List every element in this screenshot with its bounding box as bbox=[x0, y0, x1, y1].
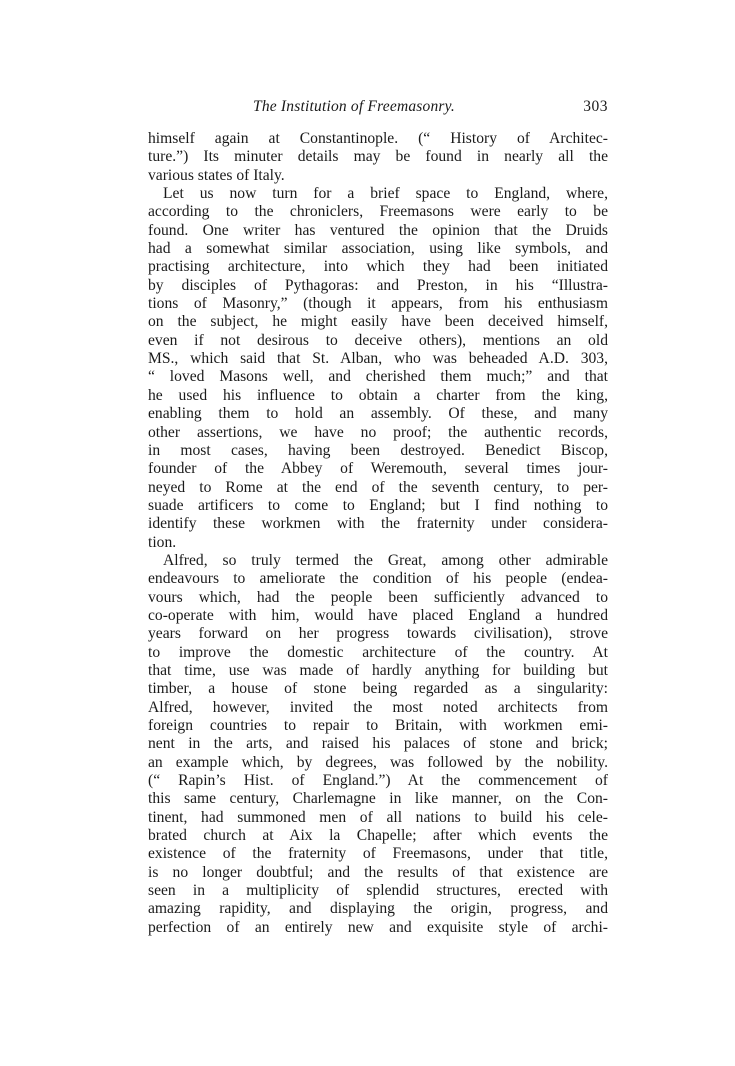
text-line: endeavours to ameliorate the condition o… bbox=[148, 570, 608, 588]
text-line: neyed to Rome at the end of the seventh … bbox=[148, 479, 608, 497]
text-line: had a somewhat similar association, usin… bbox=[148, 240, 608, 258]
text-line: Alfred, so truly termed the Great, among… bbox=[148, 552, 608, 570]
text-line: found. One writer has ventured the opini… bbox=[148, 222, 608, 240]
text-line: ture.”) Its minuter details may be found… bbox=[148, 148, 608, 166]
paragraph: himself again at Constantinople. (“ Hist… bbox=[148, 130, 608, 185]
text-line: amazing rapidity, and displaying the ori… bbox=[148, 900, 608, 918]
text-line: other assertions, we have no proof; the … bbox=[148, 424, 608, 442]
text-line: co-operate with him, would have placed E… bbox=[148, 607, 608, 625]
text-line: this same century, Charlemagne in like m… bbox=[148, 790, 608, 808]
text-line: brated church at Aix la Chapelle; after … bbox=[148, 827, 608, 845]
text-line: tion. bbox=[148, 534, 608, 552]
text-line: (“ Rapin’s Hist. of England.”) At the co… bbox=[148, 772, 608, 790]
text-line: tinent, had summoned men of all nations … bbox=[148, 809, 608, 827]
text-line: tions of Masonry,” (though it appears, f… bbox=[148, 295, 608, 313]
text-line: years forward on her progress towards ci… bbox=[148, 625, 608, 643]
text-line: by disciples of Pythagoras: and Preston,… bbox=[148, 277, 608, 295]
text-line: according to the chroniclers, Freemasons… bbox=[148, 203, 608, 221]
text-line: timber, a house of stone being regarded … bbox=[148, 680, 608, 698]
text-line: on the subject, he might easily have bee… bbox=[148, 313, 608, 331]
text-line: identify these workmen with the fraterni… bbox=[148, 515, 608, 533]
text-line: foreign countries to repair to Britain, … bbox=[148, 717, 608, 735]
running-head: The Institution of Freemasonry. 303 bbox=[148, 96, 608, 118]
text-line: MS., which said that St. Alban, who was … bbox=[148, 350, 608, 368]
running-title: The Institution of Freemasonry. bbox=[253, 96, 455, 118]
text-line: to improve the domestic architecture of … bbox=[148, 644, 608, 662]
text-line: perfection of an entirely new and exquis… bbox=[148, 919, 608, 937]
text-line: Let us now turn for a brief space to Eng… bbox=[148, 185, 608, 203]
text-line: practising architecture, into which they… bbox=[148, 258, 608, 276]
text-line: enabling them to hold an assembly. Of th… bbox=[148, 405, 608, 423]
text-line: seen in a multiplicity of splendid struc… bbox=[148, 882, 608, 900]
page-number: 303 bbox=[583, 96, 608, 118]
text-line: Alfred, however, invited the most noted … bbox=[148, 699, 608, 717]
text-line: suade artificers to come to England; but… bbox=[148, 497, 608, 515]
text-line: an example which, by degrees, was follow… bbox=[148, 754, 608, 772]
body-text: himself again at Constantinople. (“ Hist… bbox=[148, 130, 608, 937]
text-line: is no longer doubtful; and the results o… bbox=[148, 864, 608, 882]
book-page: The Institution of Freemasonry. 303 hims… bbox=[148, 96, 608, 937]
text-line: founder of the Abbey of Weremouth, sever… bbox=[148, 460, 608, 478]
text-line: that time, use was made of hardly anythi… bbox=[148, 662, 608, 680]
paragraph: Alfred, so truly termed the Great, among… bbox=[148, 552, 608, 937]
text-line: vours which, had the people been suffici… bbox=[148, 589, 608, 607]
text-line: even if not desirous to deceive others),… bbox=[148, 332, 608, 350]
text-line: himself again at Constantinople. (“ Hist… bbox=[148, 130, 608, 148]
text-line: nent in the arts, and raised his palaces… bbox=[148, 735, 608, 753]
text-line: “ loved Masons well, and cherished them … bbox=[148, 368, 608, 386]
text-line: existence of the fraternity of Freemason… bbox=[148, 845, 608, 863]
text-line: in most cases, having been destroyed. Be… bbox=[148, 442, 608, 460]
text-line: various states of Italy. bbox=[148, 167, 608, 185]
text-line: he used his influence to obtain a charte… bbox=[148, 387, 608, 405]
paragraph: Let us now turn for a brief space to Eng… bbox=[148, 185, 608, 552]
